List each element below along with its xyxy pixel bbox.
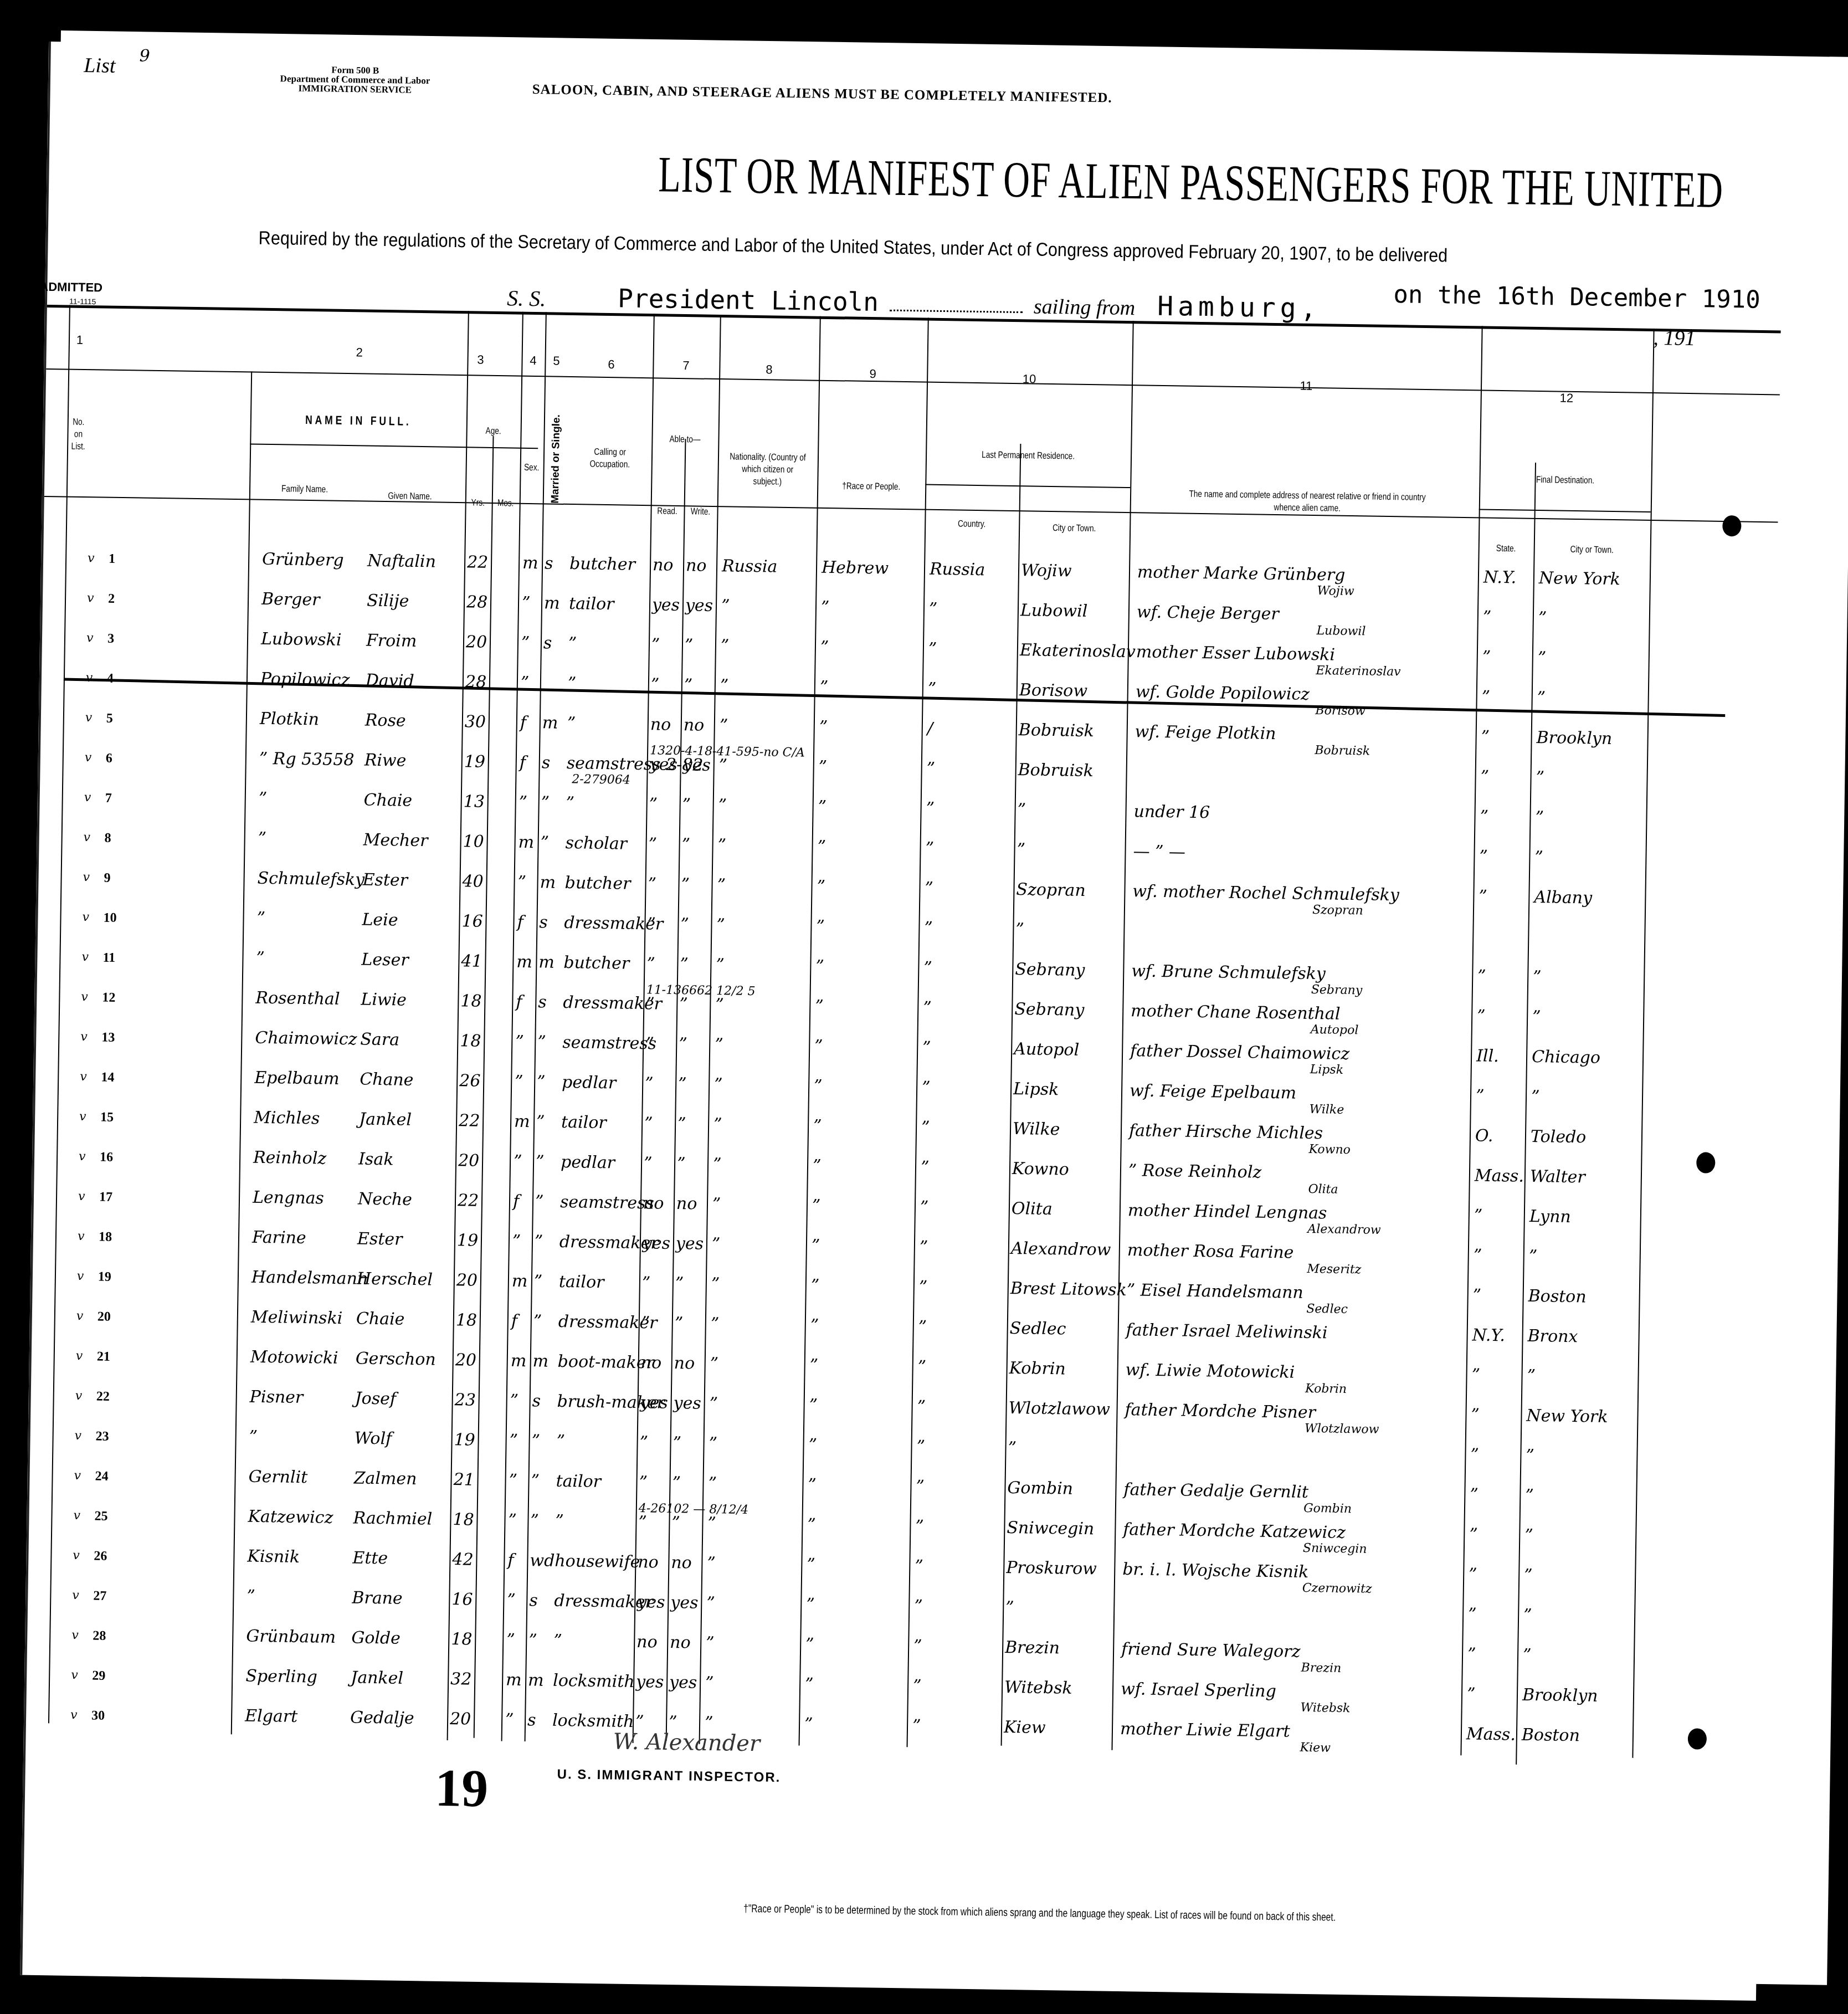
- nearest-relative: wf. Feige Plotkin: [1135, 722, 1276, 744]
- check-tick: v: [74, 1469, 81, 1483]
- residence-country: ”: [921, 1158, 930, 1177]
- can-write: no: [684, 715, 705, 735]
- can-write: ”: [671, 1513, 680, 1533]
- marital-status: ”: [534, 1272, 543, 1291]
- col-number-11: 11: [1132, 376, 1481, 396]
- family-name: Reinholz: [253, 1148, 327, 1169]
- sex: ”: [517, 873, 526, 892]
- race: ”: [812, 1236, 820, 1255]
- destination-city: Chicago: [1532, 1047, 1600, 1068]
- destination-city: ”: [1526, 1446, 1534, 1465]
- can-read: no: [640, 1353, 661, 1373]
- relative-address: Autopol: [1311, 1023, 1359, 1037]
- row-number: 13: [101, 1031, 115, 1046]
- can-read: ”: [641, 1313, 650, 1333]
- occupation: pedlar: [561, 1152, 615, 1172]
- row-number: 12: [102, 991, 115, 1006]
- can-write: no: [670, 1633, 691, 1653]
- residence-country: ”: [920, 1238, 928, 1257]
- certificate-annotation: 2-279064: [572, 772, 630, 787]
- destination-city: Brooklyn: [1536, 728, 1612, 749]
- family-name: Farine: [252, 1228, 306, 1248]
- relative-address: Sebrany: [1311, 983, 1363, 997]
- nationality: ”: [709, 1434, 717, 1453]
- row-number: 15: [100, 1110, 114, 1125]
- can-read: ”: [646, 954, 655, 973]
- occupation: locksmith: [552, 1711, 634, 1731]
- family-name: Lubowski: [261, 629, 342, 650]
- age-years: 10: [463, 832, 484, 852]
- can-write: no: [674, 1354, 695, 1374]
- can-write: no: [676, 1194, 697, 1214]
- occupation: ”: [567, 714, 576, 733]
- residence-country: ”: [915, 1517, 924, 1536]
- residence-city: Borisow: [1019, 680, 1088, 701]
- occupation: seamstress: [562, 1033, 656, 1054]
- destination-state: ”: [1480, 807, 1488, 826]
- residence-country: ”: [929, 599, 938, 619]
- age-years: 16: [461, 911, 483, 931]
- age-years: 23: [454, 1390, 476, 1410]
- nearest-relative: wf. mother Rochel Schmulefsky: [1132, 882, 1399, 905]
- destination-city: New York: [1539, 568, 1621, 589]
- destination-city: ”: [1538, 648, 1547, 668]
- race: ”: [809, 1396, 818, 1415]
- destination-state: ”: [1477, 966, 1486, 986]
- row-number: 2: [108, 592, 115, 607]
- given-name: Leser: [361, 950, 409, 970]
- can-read: no: [636, 1632, 658, 1652]
- residence-city: Proskurow: [1006, 1558, 1097, 1579]
- destination-state: ”: [1476, 1086, 1485, 1105]
- can-read: yes: [643, 1233, 671, 1253]
- nearest-relative: wf. Israel Sperling: [1121, 1679, 1276, 1701]
- given-name: Naftalin: [367, 551, 436, 572]
- destination-state: O.: [1475, 1126, 1493, 1145]
- residence-country: ”: [928, 639, 937, 659]
- can-read: ”: [639, 1473, 648, 1492]
- row-number: 6: [106, 751, 112, 766]
- given-name: Rachmiel: [353, 1508, 432, 1529]
- race-footnote: †"Race or People" is to be determined by…: [743, 1903, 1336, 1924]
- occupation: ”: [568, 634, 577, 653]
- given-name: Ester: [357, 1229, 403, 1249]
- race: ”: [815, 997, 824, 1016]
- destination-city: Boston: [1528, 1287, 1586, 1307]
- destination-city: ”: [1524, 1526, 1533, 1545]
- nearest-relative: ” Rose Reinholz: [1128, 1161, 1262, 1182]
- given-name: Jankel: [359, 1110, 412, 1130]
- header-write: Write.: [687, 505, 713, 518]
- can-write: ”: [680, 955, 689, 974]
- departure-port: Hamburg,: [1157, 291, 1321, 324]
- nearest-relative: — ” —: [1133, 842, 1185, 862]
- destination-state: ”: [1471, 1365, 1480, 1385]
- nationality: ”: [705, 1673, 714, 1693]
- dotted-leader: [890, 310, 1023, 314]
- age-years: 20: [450, 1709, 471, 1729]
- given-name: Chaie: [363, 791, 412, 811]
- nationality: ”: [707, 1554, 716, 1573]
- nearest-relative: mother Chane Rosenthal: [1131, 1001, 1341, 1024]
- residence-city: Wojiw: [1021, 561, 1072, 581]
- marital-status: ”: [540, 833, 549, 852]
- relative-address: Kobrin: [1305, 1382, 1347, 1396]
- destination-state: ”: [1471, 1405, 1480, 1424]
- marital-status: ”: [528, 1631, 537, 1650]
- nationality: Russia: [722, 556, 778, 576]
- relative-address: Gombin: [1303, 1501, 1352, 1516]
- marital-status: m: [528, 1670, 544, 1690]
- relative-address: Olita: [1308, 1182, 1338, 1197]
- relative-address: Witebsk: [1300, 1701, 1350, 1715]
- residence-country: ”: [923, 998, 932, 1018]
- nationality: ”: [714, 1075, 723, 1094]
- residence-country: ”: [922, 1038, 931, 1058]
- residence-city: Autopol: [1014, 1039, 1079, 1060]
- given-name: Brane: [352, 1588, 403, 1608]
- family-name: Katzewicz: [248, 1507, 333, 1528]
- destination-city: Toledo: [1531, 1127, 1587, 1147]
- residence-city: Sebrany: [1015, 960, 1085, 980]
- residence-country: ”: [917, 1357, 926, 1377]
- sex: f: [520, 713, 527, 732]
- race: ”: [817, 837, 826, 857]
- nearest-relative: friend Sure Walegorz: [1121, 1639, 1301, 1662]
- residence-country: ”: [925, 839, 934, 858]
- destination-city: New York: [1526, 1406, 1608, 1427]
- destination-city: ”: [1523, 1646, 1532, 1665]
- family-name: ”: [256, 949, 265, 968]
- nearest-relative: father Israel Meliwinski: [1126, 1320, 1327, 1342]
- destination-city: Bronx: [1527, 1326, 1578, 1346]
- nationality: ”: [715, 995, 724, 1014]
- residence-city: ”: [1017, 840, 1025, 859]
- family-name: Handelsmann: [251, 1268, 368, 1289]
- sex: ”: [522, 593, 531, 613]
- given-name: Liwie: [361, 990, 407, 1010]
- inspector-stamp: U. S. IMMIGRANT INSPECTOR.: [557, 1767, 781, 1786]
- marital-status: m: [538, 952, 555, 972]
- row-number: 19: [98, 1270, 111, 1285]
- nearest-relative: wf. Cheje Berger: [1137, 602, 1279, 624]
- sex: f: [520, 753, 526, 772]
- row-number: 16: [100, 1150, 113, 1165]
- relative-address: Kowno: [1308, 1142, 1351, 1157]
- relative-address: Bobruisk: [1315, 744, 1370, 758]
- family-name: Rosenthal: [255, 988, 340, 1009]
- check-tick: v: [78, 1190, 85, 1203]
- family-name: Grünberg: [262, 550, 344, 570]
- destination-state: ”: [1481, 727, 1490, 746]
- race: ”: [819, 718, 828, 737]
- age-years: 22: [467, 552, 489, 572]
- check-tick: v: [78, 1229, 85, 1243]
- header-family-name: Family Name.: [260, 483, 349, 496]
- check-tick: v: [71, 1668, 78, 1682]
- marital-status: s: [539, 913, 548, 932]
- sex: ”: [509, 1431, 518, 1451]
- destination-state: ”: [1469, 1565, 1477, 1584]
- destination-subheader-rule: [1479, 509, 1651, 513]
- age-years: 41: [461, 951, 482, 971]
- can-write: yes: [676, 1234, 704, 1254]
- can-read: no: [638, 1552, 659, 1572]
- nationality: ”: [721, 636, 730, 655]
- residence-country: /: [927, 719, 933, 739]
- residence-city: Wlotzlawow: [1008, 1398, 1110, 1419]
- race: ”: [815, 957, 824, 976]
- row-number: 20: [97, 1310, 111, 1325]
- row-number: 17: [99, 1190, 112, 1205]
- family-name: Plotkin: [260, 709, 320, 730]
- destination-city: Albany: [1534, 888, 1592, 908]
- header-yrs: Yrs.: [467, 496, 489, 509]
- list-number: 9: [139, 46, 150, 65]
- given-name: Ester: [362, 870, 408, 890]
- residence-city: Bobruisk: [1018, 720, 1094, 741]
- nationality: ”: [705, 1713, 713, 1733]
- residence-city: Ekaterinoslav: [1020, 640, 1136, 662]
- can-write: ”: [672, 1473, 681, 1493]
- residence-country: ”: [913, 1636, 922, 1656]
- row-number: 7: [105, 791, 112, 806]
- given-name: Isak: [358, 1150, 394, 1170]
- check-tick: v: [76, 1309, 84, 1323]
- race: ”: [806, 1595, 815, 1615]
- destination-state: ”: [1467, 1684, 1476, 1704]
- can-write: yes: [673, 1393, 701, 1413]
- header-city-or-town: City or Town.: [1030, 521, 1118, 535]
- can-read: no: [650, 715, 671, 735]
- family-name: ”: [249, 1427, 258, 1447]
- header-country: Country.: [934, 517, 1009, 531]
- check-tick: v: [71, 1628, 79, 1642]
- destination-state: ”: [1472, 1285, 1481, 1305]
- sex: m: [506, 1670, 522, 1690]
- ss-label: S. S.: [507, 285, 546, 311]
- can-write: yes: [670, 1593, 699, 1613]
- header-read: Read.: [654, 505, 680, 517]
- relative-address: Sniwcegin: [1303, 1541, 1367, 1556]
- sex: m: [518, 833, 534, 852]
- given-name: Zalmen: [353, 1468, 417, 1489]
- destination-state: ”: [1467, 1644, 1476, 1664]
- nationality: ”: [709, 1394, 718, 1413]
- sex: f: [516, 992, 522, 1012]
- can-write: ”: [675, 1274, 684, 1293]
- given-name: Josef: [355, 1388, 396, 1408]
- col-number-7: 7: [653, 358, 719, 373]
- admitted-stamp: ADMITTED: [39, 280, 102, 295]
- family-name: ”: [258, 829, 266, 848]
- header-married-or-single: Married or Single.: [550, 404, 563, 504]
- header-age: Age.: [471, 424, 515, 437]
- sex: ”: [521, 633, 530, 653]
- header-race: †Race or People.: [828, 480, 915, 493]
- family-name: ”: [247, 1587, 255, 1606]
- given-name: Gedalje: [350, 1708, 414, 1728]
- race: ”: [811, 1276, 820, 1295]
- nearest-relative: br. i. l. Wojsche Kisnik: [1122, 1560, 1309, 1582]
- can-write: ”: [677, 1114, 686, 1134]
- race: ”: [813, 1156, 822, 1176]
- family-name: Lengnas: [253, 1188, 324, 1208]
- family-name: Kisnik: [247, 1547, 300, 1567]
- nationality: ”: [717, 875, 726, 895]
- destination-city: ”: [1533, 967, 1542, 987]
- can-write: ”: [673, 1433, 681, 1453]
- destination-state: ”: [1474, 1246, 1482, 1265]
- header-able-to: Able to—: [658, 433, 711, 445]
- family-name: Epelbaum: [254, 1068, 340, 1089]
- nearest-relative: wf. Golde Popilowicz: [1136, 682, 1310, 704]
- residence-city: ”: [1017, 800, 1026, 819]
- nearest-relative: wf. Feige Epelbaum: [1130, 1081, 1297, 1103]
- family-name: Meliwinski: [251, 1308, 343, 1328]
- check-tick: v: [73, 1509, 80, 1523]
- race: Hebrew: [822, 558, 889, 578]
- nationality: ”: [711, 1314, 720, 1334]
- race: ”: [814, 1037, 823, 1056]
- can-read: ”: [647, 914, 656, 934]
- destination-state: Mass.: [1475, 1166, 1524, 1186]
- marital-status: ”: [536, 1112, 545, 1131]
- col-number-2: 2: [251, 344, 468, 361]
- check-tick: v: [81, 990, 88, 1004]
- nearest-relative: father Gedalje Gernlit: [1123, 1480, 1308, 1502]
- sailing-date: on the 16th December 1910: [1393, 280, 1760, 314]
- can-write: ”: [677, 1154, 686, 1173]
- marital-status: ”: [530, 1511, 539, 1530]
- marital-status: m: [544, 593, 560, 613]
- residence-city: ”: [1008, 1438, 1017, 1458]
- age-years: 26: [459, 1071, 481, 1091]
- can-read: ”: [639, 1433, 648, 1452]
- residence-city: Lipsk: [1013, 1079, 1059, 1099]
- can-write: ”: [679, 995, 688, 1014]
- row-number: 3: [107, 632, 114, 647]
- residence-subheader-rule: [925, 484, 1130, 488]
- given-name: Chaie: [356, 1309, 405, 1329]
- col-number-9: 9: [819, 366, 927, 382]
- destination-city: ”: [1536, 768, 1544, 787]
- age-years: 18: [453, 1510, 474, 1530]
- residence-country: ”: [920, 1198, 929, 1217]
- nearest-relative: mother Rosa Farine: [1127, 1241, 1294, 1262]
- col-number-4: 4: [521, 353, 545, 368]
- sex: m: [516, 952, 532, 972]
- check-tick: v: [74, 1429, 81, 1443]
- marital-status: s: [527, 1710, 536, 1730]
- age-years: 28: [466, 592, 488, 612]
- destination-state: N.Y.: [1472, 1325, 1505, 1345]
- sex: m: [512, 1272, 528, 1291]
- residence-city: Kobrin: [1009, 1359, 1066, 1379]
- given-name: Gerschon: [356, 1349, 436, 1369]
- nationality: ”: [715, 1035, 723, 1054]
- race: ”: [818, 757, 827, 777]
- sex: ”: [510, 1391, 519, 1411]
- header-given-name: Given Name.: [366, 490, 454, 503]
- check-tick: v: [75, 1389, 83, 1403]
- certificate-annotation: 4-26102 — 8/12/4: [639, 1501, 749, 1517]
- nearest-relative: under 16: [1133, 802, 1210, 822]
- given-name: Golde: [351, 1628, 401, 1648]
- residence-city: Bobruisk: [1018, 760, 1094, 781]
- marital-status: m: [533, 1351, 549, 1371]
- race: ”: [810, 1316, 819, 1335]
- destination-city: ”: [1538, 608, 1547, 628]
- can-read: ”: [646, 994, 655, 1013]
- header-state: State.: [1484, 542, 1528, 555]
- row-number: 8: [104, 831, 111, 846]
- marital-status: s: [542, 753, 551, 772]
- family-name: Chaimowicz: [255, 1028, 357, 1049]
- destination-city: ”: [1537, 688, 1546, 708]
- nationality: ”: [720, 716, 728, 735]
- destination-state: ”: [1479, 886, 1487, 906]
- nearest-relative: father Dossel Chaimowicz: [1130, 1041, 1349, 1064]
- residence-country: ”: [918, 1318, 927, 1337]
- row-number: 25: [94, 1509, 107, 1524]
- nationality: ”: [711, 1274, 720, 1294]
- relative-address: Ekaterinoslav: [1316, 664, 1401, 679]
- residence-country: ”: [926, 759, 935, 778]
- nationality: ”: [710, 1354, 718, 1374]
- occupation: ”: [555, 1511, 564, 1531]
- marital-status: s: [543, 633, 552, 653]
- col-number-3: 3: [467, 352, 494, 367]
- list-label: List: [84, 53, 116, 78]
- check-tick: v: [88, 551, 95, 565]
- relative-address: Wojiw: [1317, 584, 1354, 598]
- can-read: no: [653, 555, 674, 575]
- can-write: yes: [685, 596, 713, 616]
- nearest-relative: father Hirsche Michles: [1129, 1121, 1323, 1143]
- nearest-relative: mother Marke Grünberg: [1137, 562, 1346, 585]
- header-relative: The name and complete address of nearest…: [1183, 488, 1432, 516]
- can-read: ”: [645, 1074, 654, 1093]
- family-name: Berger: [261, 590, 320, 610]
- destination-state: Mass.: [1466, 1724, 1516, 1744]
- given-name: Froim: [366, 631, 417, 651]
- row-number: 29: [92, 1668, 105, 1683]
- race: ”: [805, 1635, 814, 1654]
- destination-state: ”: [1474, 1206, 1483, 1225]
- destination-city: ”: [1527, 1366, 1536, 1386]
- destination-city: ”: [1535, 808, 1544, 827]
- can-read: ”: [638, 1513, 647, 1532]
- can-read: yes: [652, 595, 680, 615]
- can-read: yes: [636, 1672, 664, 1692]
- check-tick: v: [85, 751, 92, 765]
- family-name: Sperling: [245, 1667, 317, 1687]
- marital-status: ”: [533, 1311, 542, 1331]
- occupation: ”: [556, 1432, 565, 1451]
- destination-city: Lynn: [1529, 1207, 1572, 1227]
- sailing-from-label: sailing from: [1034, 295, 1136, 320]
- residence-city: Sebrany: [1014, 1000, 1085, 1020]
- header-mos: Mos.: [495, 497, 517, 510]
- sex: ”: [509, 1471, 517, 1490]
- sex: ”: [515, 1072, 523, 1091]
- row-number: 11: [102, 951, 115, 966]
- age-years: 13: [463, 792, 485, 812]
- residence-country: ”: [922, 1078, 931, 1098]
- occupation: housewife: [555, 1551, 640, 1572]
- name-subheader-rule: [250, 443, 538, 449]
